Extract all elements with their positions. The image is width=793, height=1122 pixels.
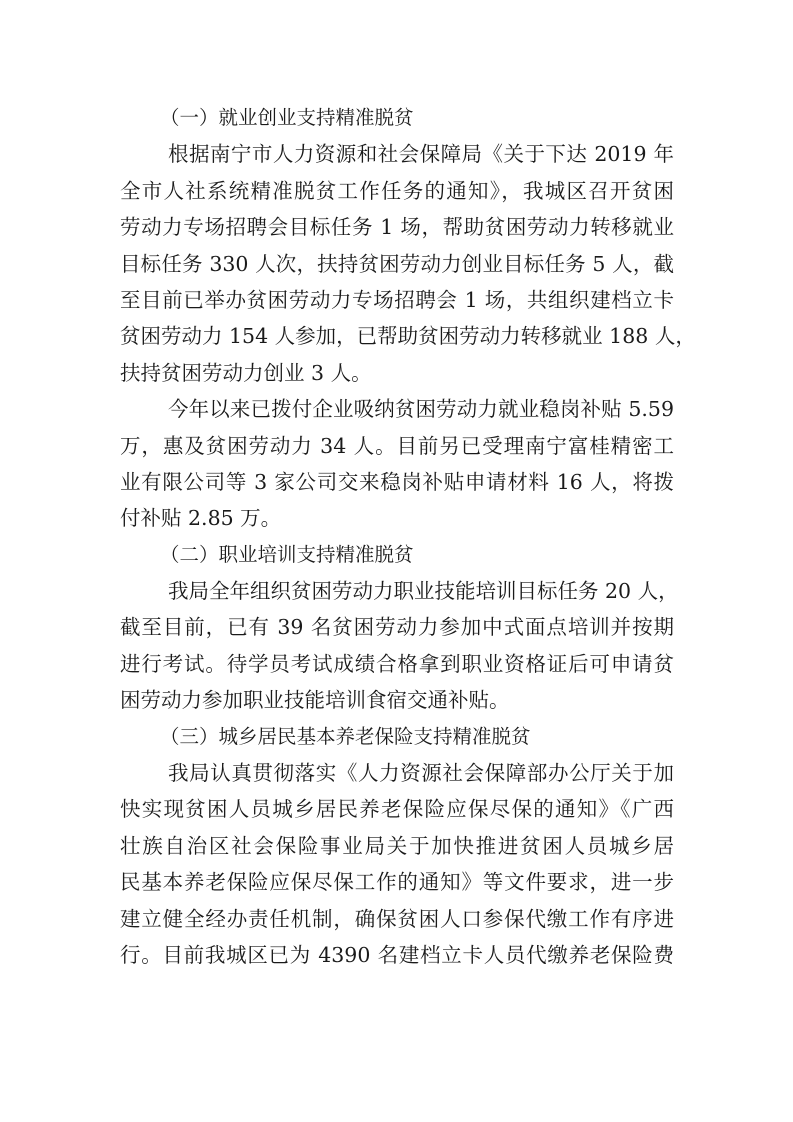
paragraph-vocational-training: 我局全年组织贫困劳动力职业技能培训目标任务 20 人， 截至目前，已有 39 名… [120, 573, 674, 719]
text-line: 业有限公司等 3 家公司交来稳岗补贴申请材料 16 人，将拨 [120, 464, 674, 500]
paragraph-employment-targets: 根据南宁市人力资源和社会保障局《关于下达 2019 年 全市人社系统精准脱贫工作… [120, 136, 674, 391]
text-line: 根据南宁市人力资源和社会保障局《关于下达 2019 年 [120, 136, 674, 172]
text-line: 进行考试。待学员考试成绩合格拿到职业资格证后可申请贫 [120, 646, 674, 682]
text-line: 万，惠及贫困劳动力 34 人。目前另已受理南宁富桂精密工 [120, 428, 674, 464]
paragraph-pension-insurance: 我局认真贯彻落实《人力资源社会保障部办公厅关于加 快实现贫困人员城乡居民养老保险… [120, 755, 674, 973]
text-line: 行。目前我城区已为 4390 名建档立卡人员代缴养老保险费 [120, 937, 674, 973]
text-line: 全市人社系统精准脱贫工作任务的通知》，我城区召开贫困 [120, 173, 674, 209]
section-heading-employment: （一）就业创业支持精准脱贫 [120, 100, 674, 136]
text-line: 快实现贫困人员城乡居民养老保险应保尽保的通知》《广西 [120, 791, 674, 827]
text-line: 贫困劳动力 154 人参加，已帮助贫困劳动力转移就业 188 人， [120, 318, 674, 354]
section-heading-pension-insurance: （三）城乡居民基本养老保险支持精准脱贫 [120, 719, 674, 755]
text-line: 民基本养老保险应保尽保工作的通知》等文件要求，进一步 [120, 864, 674, 900]
text-line: 今年以来已拨付企业吸纳贫困劳动力就业稳岗补贴 5.59 [120, 391, 674, 427]
text-line: 劳动力专场招聘会目标任务 1 场，帮助贫困劳动力转移就业 [120, 209, 674, 245]
text-line: 壮族自治区社会保险事业局关于加快推进贫困人员城乡居 [120, 828, 674, 864]
text-line: 目标任务 330 人次，扶持贫困劳动力创业目标任务 5 人，截 [120, 246, 674, 282]
text-line: 我局认真贯彻落实《人力资源社会保障部办公厅关于加 [120, 755, 674, 791]
text-line: 建立健全经办责任机制，确保贫困人口参保代缴工作有序进 [120, 901, 674, 937]
paragraph-employment-subsidy: 今年以来已拨付企业吸纳贫困劳动力就业稳岗补贴 5.59 万，惠及贫困劳动力 34… [120, 391, 674, 537]
text-line: 至目前已举办贫困劳动力专场招聘会 1 场，共组织建档立卡 [120, 282, 674, 318]
text-line: 困劳动力参加职业技能培训食宿交通补贴。 [120, 682, 674, 718]
text-line: 截至目前，已有 39 名贫困劳动力参加中式面点培训并按期 [120, 609, 674, 645]
section-heading-vocational-training: （二）职业培训支持精准脱贫 [120, 537, 674, 573]
text-line: 我局全年组织贫困劳动力职业技能培训目标任务 20 人， [120, 573, 674, 609]
document-page: （一）就业创业支持精准脱贫 根据南宁市人力资源和社会保障局《关于下达 2019 … [120, 100, 674, 973]
text-line: 扶持贫困劳动力创业 3 人。 [120, 355, 674, 391]
text-line: 付补贴 2.85 万。 [120, 500, 674, 536]
